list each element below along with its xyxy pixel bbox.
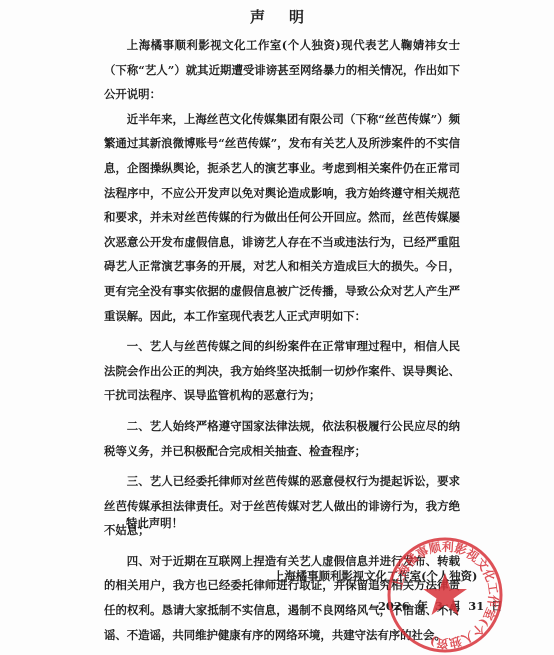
document-body: 上海橘事顺利影视文化工作室(个人独资)现代表艺人鞠婧祎女士（下称“艺人”）就其近… [104, 33, 460, 647]
signature-date: 2026 年 3 月 31 日 [378, 598, 502, 614]
signature-issuer: 上海橘事顺利影视文化工作室(个人独资) [273, 568, 477, 584]
document-page: 声明 上海橘事顺利影视文化工作室(个人独资)现代表艺人鞠婧祎女士（下称“艺人”）… [0, 0, 554, 655]
document-title: 声明 [0, 6, 554, 27]
statement-item-1: 一、艺人与丝芭传媒之间的纠纷案件在正常审理过程中，相信人民法院会作出公正的判决，… [104, 334, 460, 408]
closing-line: 特此声明！ [126, 515, 183, 531]
statement-item-2: 二、艺人始终严格遵守国家法律法规，依法积极履行公民应尽的纳税等义务，并已积极配合… [104, 414, 460, 463]
background-paragraph: 近半年来，上海丝芭文化传媒集团有限公司（下称“丝芭传媒”）频繁通过其新浪微博账号… [104, 107, 460, 328]
intro-paragraph: 上海橘事顺利影视文化工作室(个人独资)现代表艺人鞠婧祎女士（下称“艺人”）就其近… [104, 33, 460, 107]
statement-item-3: 三、艺人已经委托律师对丝芭传媒的恶意侵权行为提起诉讼，要求丝芭传媒承担法律责任。… [104, 469, 460, 543]
